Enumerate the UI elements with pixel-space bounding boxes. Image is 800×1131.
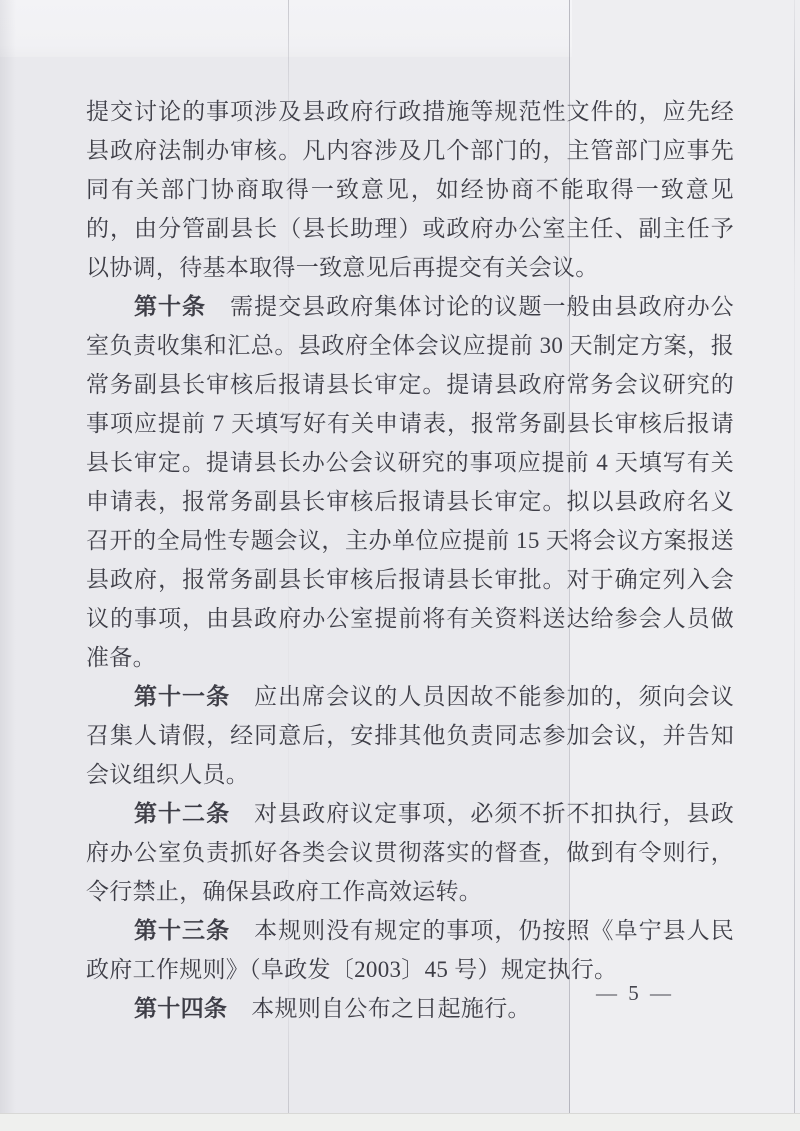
paragraph-continuation: 提交讨论的事项涉及县政府行政措施等规范性文件的，应先经县政府法制办审核。凡内容涉… <box>86 92 734 287</box>
page-number: — 5 — <box>86 981 734 1006</box>
document-text-block: 提交讨论的事项涉及县政府行政措施等规范性文件的，应先经县政府法制办审核。凡内容涉… <box>86 92 734 1028</box>
paragraph-article-11: 第十一条应出席会议的人员因故不能参加的，须向会议召集人请假，经同意后，安排其他负… <box>86 677 734 794</box>
scan-top-light-band <box>0 0 572 57</box>
article-number: 第十条 <box>134 294 206 319</box>
article-number: 第十二条 <box>134 801 230 826</box>
paragraph-article-12: 第十二条对县政府议定事项，必须不折不扣执行，县政府办公室负责抓好各类会议贯彻落实… <box>86 794 734 911</box>
paragraph-article-13: 第十三条本规则没有规定的事项，仍按照《阜宁县人民政府工作规则》（阜政发〔2003… <box>86 911 734 989</box>
paragraph-text: 提交讨论的事项涉及县政府行政措施等规范性文件的，应先经县政府法制办审核。凡内容涉… <box>86 99 734 280</box>
article-number: 第十三条 <box>134 918 230 943</box>
scan-bottom-edge-strip <box>0 1113 800 1131</box>
scanned-page: { "doc": { "paragraphs": [ { "term": "",… <box>0 0 800 1131</box>
paragraph-text: 需提交县政府集体讨论的议题一般由县政府办公室负责收集和汇总。县政府全体会议应提前… <box>86 294 734 670</box>
article-number: 第十一条 <box>134 684 230 709</box>
scan-left-edge-shadow <box>0 0 16 1131</box>
paragraph-article-10: 第十条需提交县政府集体讨论的议题一般由县政府办公室负责收集和汇总。县政府全体会议… <box>86 287 734 677</box>
scan-crease-line-right <box>794 0 795 1113</box>
